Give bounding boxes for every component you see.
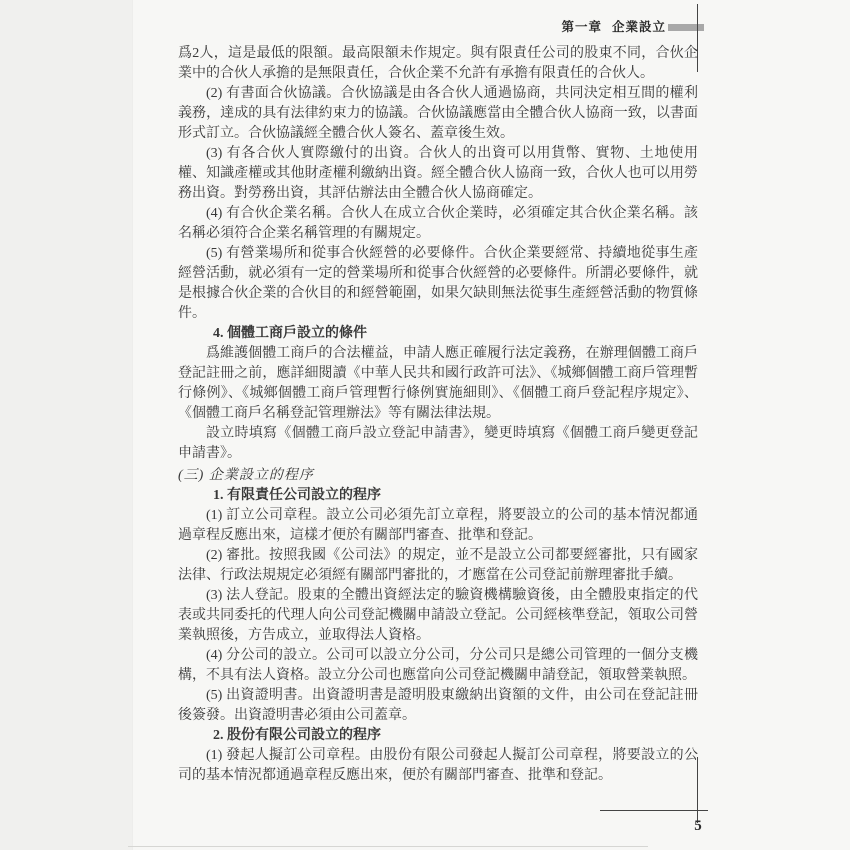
- paragraph: 設立時填寫《個體工商戶設立登記申請書》，變更時填寫《個體工商戶變更登記申請書》。: [178, 424, 698, 464]
- chapter-title: 企業設立: [612, 20, 666, 34]
- numbered-heading: 4. 個體工商戶設立的條件: [178, 324, 698, 344]
- numbered-heading: 1. 有限責任公司設立的程序: [178, 486, 698, 506]
- paragraph: (5) 有營業場所和從事合伙經營的必要條件。合伙企業要經常、持續地從事生產經營活…: [178, 244, 698, 324]
- paragraph: (1) 訂立公司章程。設立公司必須先訂立章程，將要設立的公司的基本情況都通過章程…: [178, 506, 698, 546]
- crop-mark-bottom-horizontal: [600, 810, 708, 811]
- running-head: 第一章企業設立: [561, 17, 666, 35]
- section-heading: (三) 企業設立的程序: [178, 466, 698, 486]
- paragraph: (4) 分公司的設立。公司可以設立分公司，分公司只是總公司管理的一個分支機構，不…: [178, 646, 698, 686]
- header-accent-bar: [668, 24, 704, 31]
- body-text: 爲2人，這是最低的限額。最高限額未作規定。與有限責任公司的股東不同，合伙企業中的…: [178, 44, 698, 786]
- paragraph: (1) 發起人擬訂公司章程。由股份有限公司發起人擬訂公司章程，將要設立的公司的基…: [178, 746, 698, 786]
- scan-edge-left: [0, 0, 133, 850]
- paragraph: 爲2人，這是最低的限額。最高限額未作規定。與有限責任公司的股東不同，合伙企業中的…: [178, 44, 698, 84]
- paragraph: (3) 法人登記。股東的全體出資經法定的驗資機構驗資後，由全體股東指定的代表或共…: [178, 586, 698, 646]
- paragraph: (3) 有各合伙人實際繳付的出資。合伙人的出資可以用貨幣、實物、土地使用權、知識…: [178, 144, 698, 204]
- paragraph: (2) 審批。按照我國《公司法》的規定，並不是設立公司都要經審批，只有國家法律、…: [178, 546, 698, 586]
- paragraph: (5) 出資證明書。出資證明書是證明股東繳納出資額的文件，由公司在登記註冊後簽發…: [178, 686, 698, 726]
- paragraph: (4) 有合伙企業名稱。合伙人在成立合伙企業時，必須確定其合伙企業名稱。該名稱必…: [178, 204, 698, 244]
- paragraph: 爲維護個體工商戶的合法權益，申請人應正確履行法定義務，在辦理個體工商戶登記註冊之…: [178, 344, 698, 424]
- paragraph: (2) 有書面合伙協議。合伙協議是由各合伙人通過協商，共同決定相互間的權利義務，…: [178, 84, 698, 144]
- scan-edge-bottom: [128, 846, 648, 847]
- book-page: 第一章企業設立 爲2人，這是最低的限額。最高限額未作規定。與有限責任公司的股東不…: [0, 0, 850, 850]
- chapter-label: 第一章: [561, 20, 602, 34]
- page-number: 5: [689, 818, 707, 835]
- numbered-heading: 2. 股份有限公司設立的程序: [178, 726, 698, 746]
